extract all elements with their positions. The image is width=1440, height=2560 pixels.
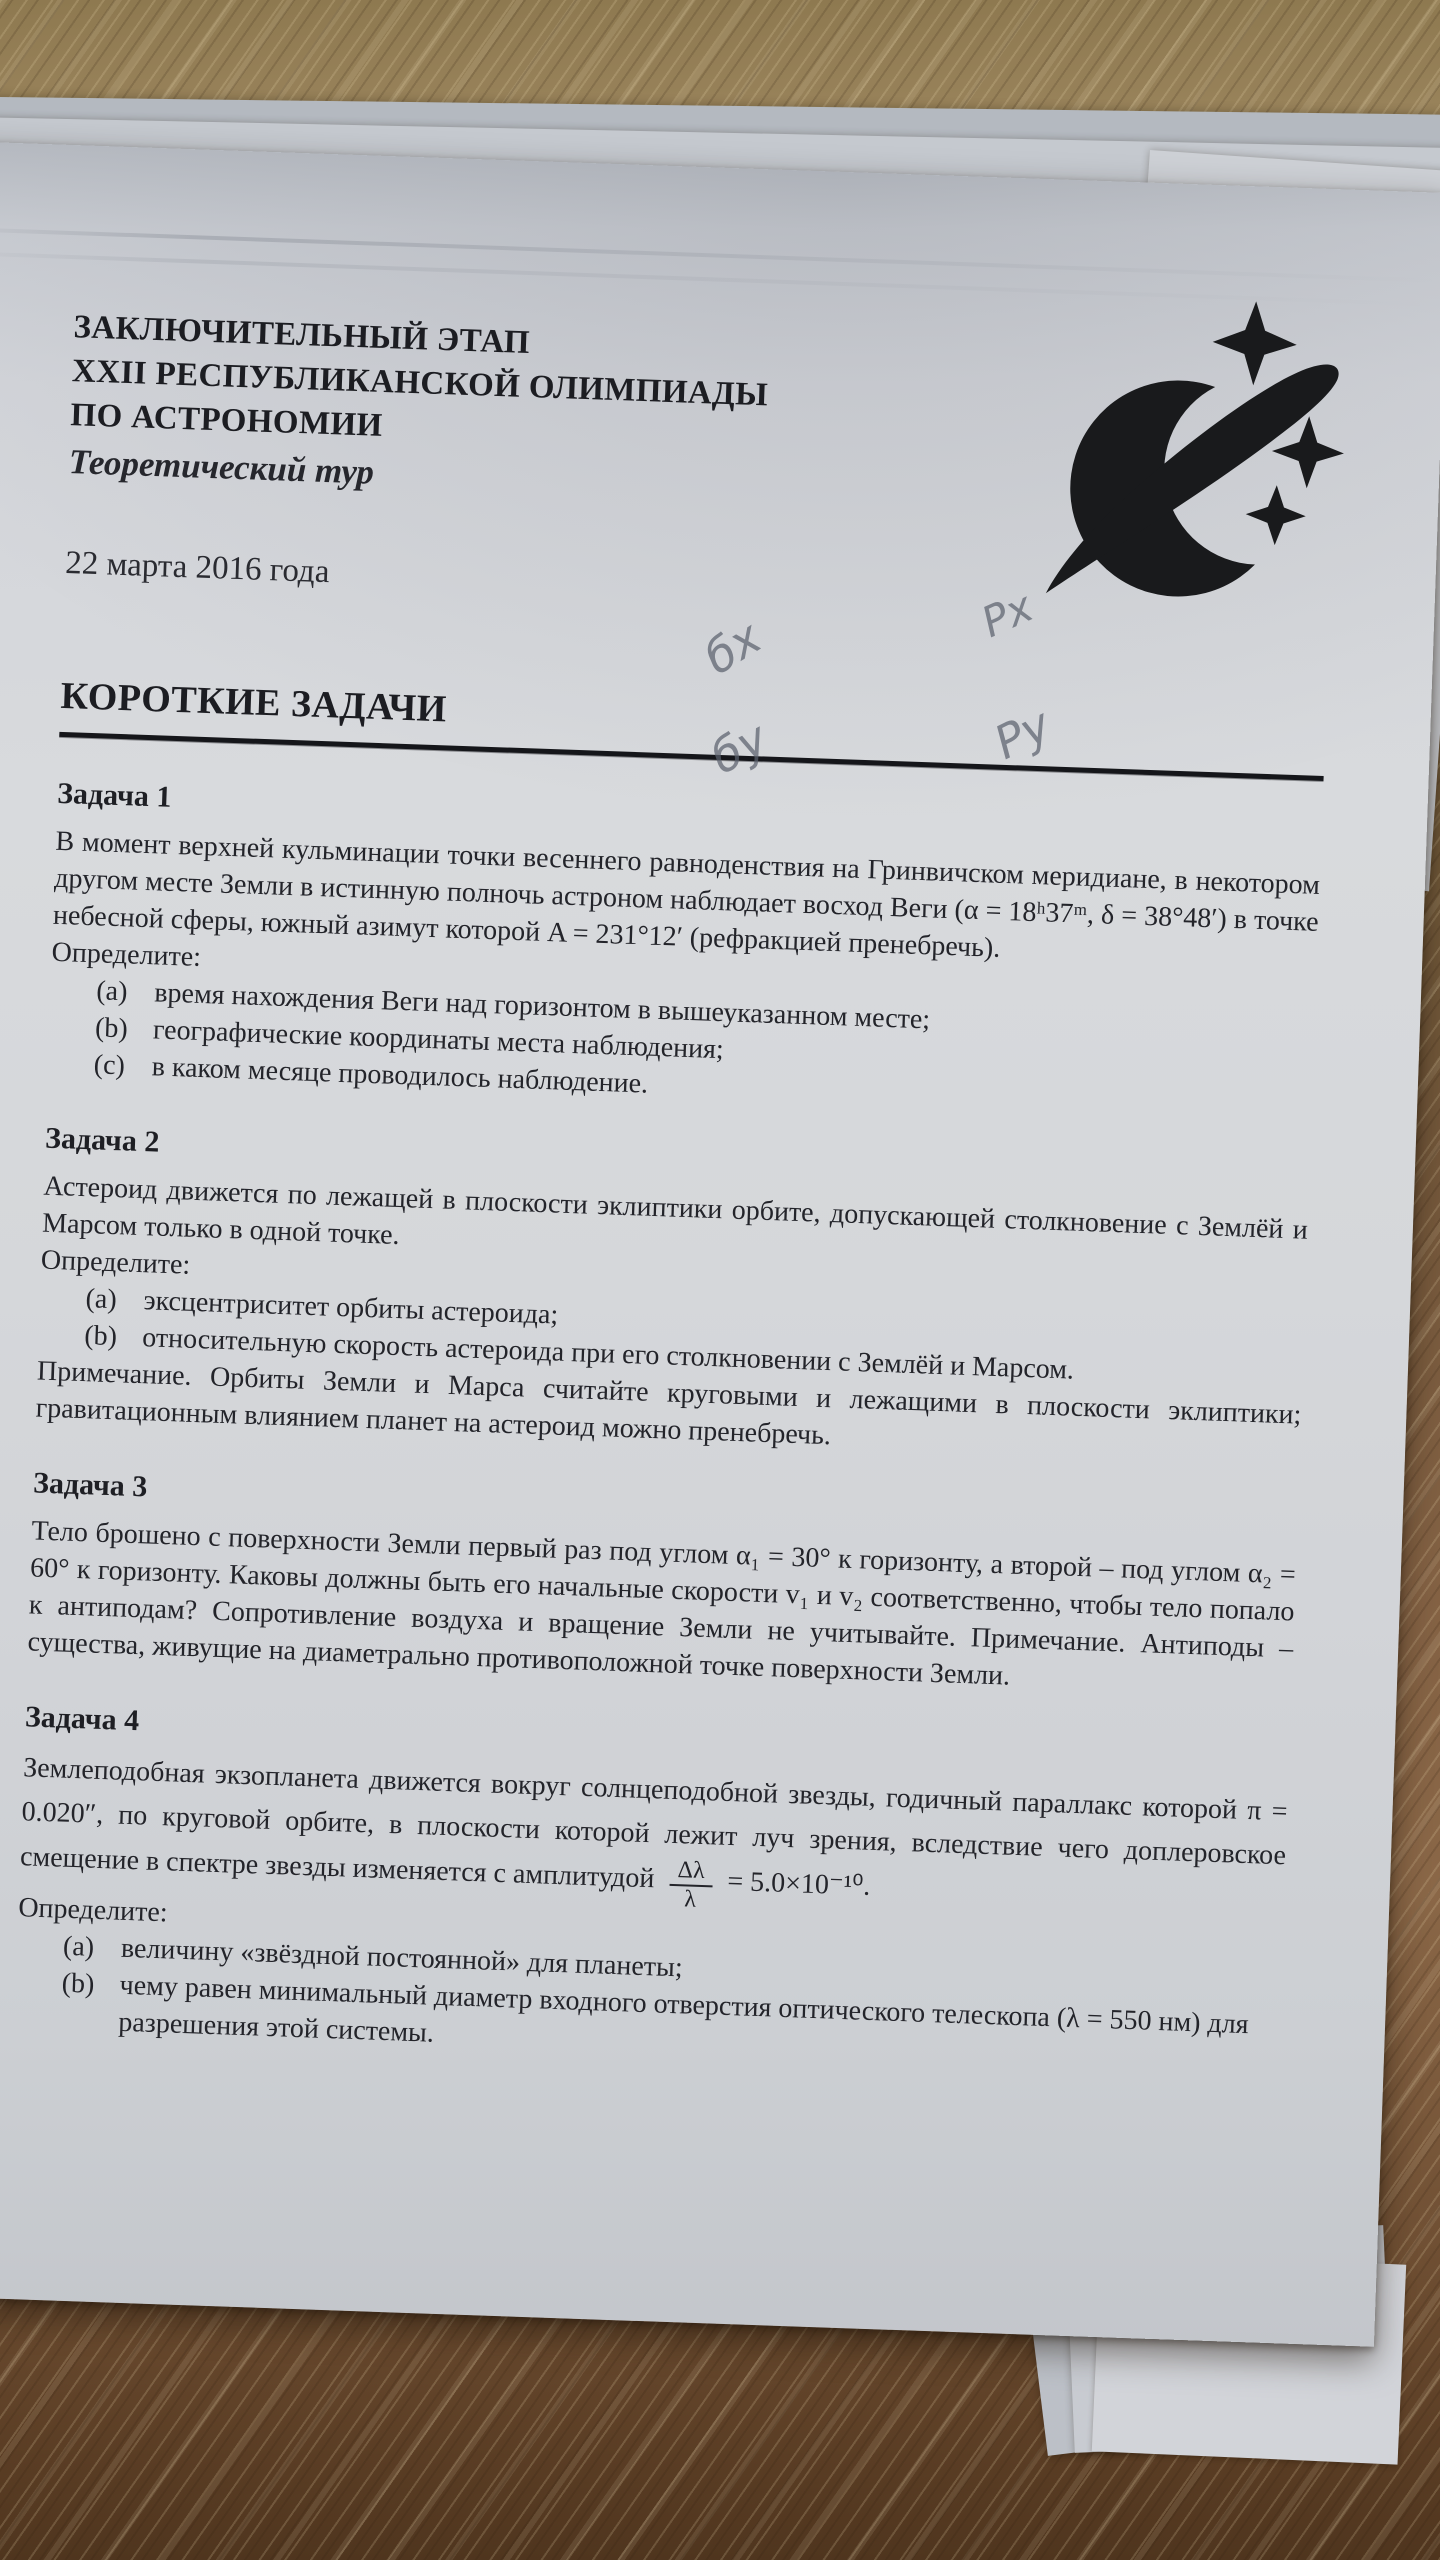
item-marker: (b) xyxy=(38,1316,143,1357)
item-marker: (b) xyxy=(48,1008,153,1049)
item-marker: (c) xyxy=(47,1045,152,1086)
fraction-denominator: λ xyxy=(668,1886,712,1913)
page-content: ЗАКЛЮЧИТЕЛЬНЫЙ ЭТАП XXII РЕСПУБЛИКАНСКОЙ… xyxy=(14,305,1339,2081)
item-marker: (b) xyxy=(14,1963,121,2041)
item-marker: (a) xyxy=(50,971,155,1012)
problem-body-value: = 5.0×10⁻¹⁰. xyxy=(727,1866,871,1902)
fraction-numerator: Δλ xyxy=(669,1857,713,1887)
item-marker: (a) xyxy=(39,1279,144,1320)
problem-1: Задача 1 В момент верхней кульминации то… xyxy=(47,777,1322,1126)
item-marker: (a) xyxy=(16,1926,121,1967)
problem-3: Задача 3 Тело брошено с поверхности Земл… xyxy=(27,1466,1298,1704)
photo-of-olympiad-problem-sheet: { "page": { "header": { "title_line1": "… xyxy=(0,0,1440,2560)
problem-body: Тело брошено с поверхности Земли первый … xyxy=(27,1512,1296,1704)
problem-2: Задача 2 Астероид движется по лежащей в … xyxy=(35,1122,1310,1471)
section-title: КОРОТКИЕ ЗАДАЧИ xyxy=(60,674,1326,762)
document-page: бх бу Рх Ру ЗАКЛЮЧИТЕЛЬНЫЙ ЭТАП XXII РЕС… xyxy=(0,140,1440,2347)
problem-4: Задача 4 Землеподобная экзопланета движе… xyxy=(14,1700,1290,2081)
document-date: 22 марта 2016 года xyxy=(65,545,1331,626)
fraction: Δλλ xyxy=(668,1857,713,1913)
paper-crease xyxy=(0,226,1440,283)
problem-body-text: Землеподобная экзопланета движется вокру… xyxy=(20,1752,1288,1894)
